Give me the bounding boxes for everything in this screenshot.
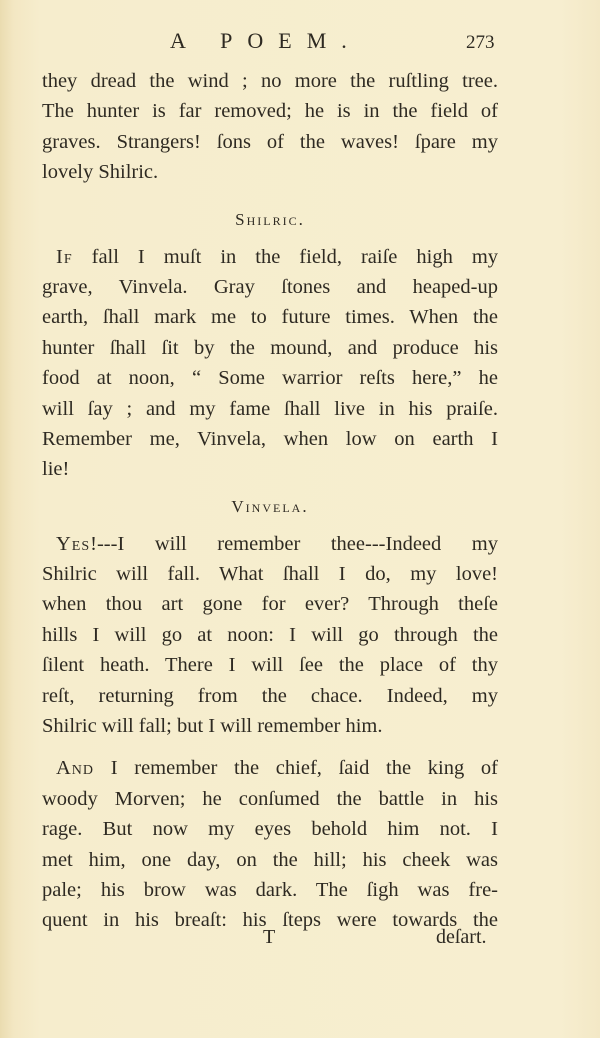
text-line: pale; his brow was dark. The ſigh was fr… bbox=[42, 875, 498, 905]
text-line: graves. Strangers! ſons of the waves! ſp… bbox=[42, 127, 498, 157]
page-footer: T deſart. bbox=[0, 926, 600, 956]
text-line: If fall I muſt in the field, raiſe high … bbox=[42, 242, 498, 272]
line-text: fall I muſt in the field, raiſe high my bbox=[92, 246, 498, 268]
paragraph-narrator: And I remember the chief, ſaid the king … bbox=[42, 753, 498, 935]
speaker-heading-vinvela: Vinvela. bbox=[42, 485, 498, 529]
text-line: hunter ſhall ſit by the mound, and produ… bbox=[42, 333, 498, 363]
paragraph-continuation: they dread the wind ; no more the ruſtli… bbox=[42, 66, 498, 188]
text-line: earth, ſhall mark me to future times. Wh… bbox=[42, 302, 498, 332]
lead-word: And bbox=[56, 757, 94, 779]
text-line: And I remember the chief, ſaid the king … bbox=[42, 753, 498, 783]
speaker-heading-shilric: Shilric. bbox=[42, 198, 498, 242]
text-line: met him, one day, on the hill; his cheek… bbox=[42, 845, 498, 875]
text-line: ſilent heath. There I will ſee the place… bbox=[42, 650, 498, 680]
running-title: A POEM. bbox=[170, 28, 362, 54]
text-line: Shilric will fall; but I will remember h… bbox=[42, 711, 498, 741]
text-line: grave, Vinvela. Gray ſtones and heaped-u… bbox=[42, 272, 498, 302]
catchword: deſart. bbox=[436, 926, 487, 949]
text-line: woody Morven; he conſumed the battle in … bbox=[42, 784, 498, 814]
paragraph-shilric: If fall I muſt in the field, raiſe high … bbox=[42, 242, 498, 485]
text-line: when thou art gone for ever? Through the… bbox=[42, 589, 498, 619]
text-line: they dread the wind ; no more the ruſtli… bbox=[42, 66, 498, 96]
page-number: 273 bbox=[466, 32, 495, 54]
paragraph-gap bbox=[42, 741, 498, 753]
page-body: they dread the wind ; no more the ruſtli… bbox=[42, 66, 498, 936]
lead-word: If bbox=[56, 246, 73, 268]
page-header: A POEM. 273 bbox=[0, 28, 600, 58]
text-line: food at noon, “ Some warrior reſts here,… bbox=[42, 363, 498, 393]
text-line: will ſay ; and my fame ſhall live in his… bbox=[42, 394, 498, 424]
text-line: reſt, returning from the chace. Indeed, … bbox=[42, 681, 498, 711]
text-line: Yes!---I will remember thee---Indeed my bbox=[42, 529, 498, 559]
text-line: Remember me, Vinvela, when low on earth … bbox=[42, 424, 498, 454]
text-line: lie! bbox=[42, 454, 498, 484]
line-text: I remember the chief, ſaid the king of bbox=[111, 757, 498, 779]
paragraph-vinvela: Yes!---I will remember thee---Indeed my … bbox=[42, 529, 498, 742]
text-line: hills I will go at noon: I will go throu… bbox=[42, 620, 498, 650]
line-text: !---I will remember thee---Indeed my bbox=[90, 533, 498, 555]
text-line: Shilric will fall. What ſhall I do, my l… bbox=[42, 559, 498, 589]
book-page: A POEM. 273 they dread the wind ; no mor… bbox=[0, 0, 600, 1038]
text-line: The hunter is far removed; he is in the … bbox=[42, 96, 498, 126]
text-line: lovely Shilric. bbox=[42, 157, 498, 187]
text-line: rage. But now my eyes behold him not. I bbox=[42, 814, 498, 844]
lead-word: Yes bbox=[56, 533, 90, 555]
signature-mark: T bbox=[263, 926, 275, 949]
